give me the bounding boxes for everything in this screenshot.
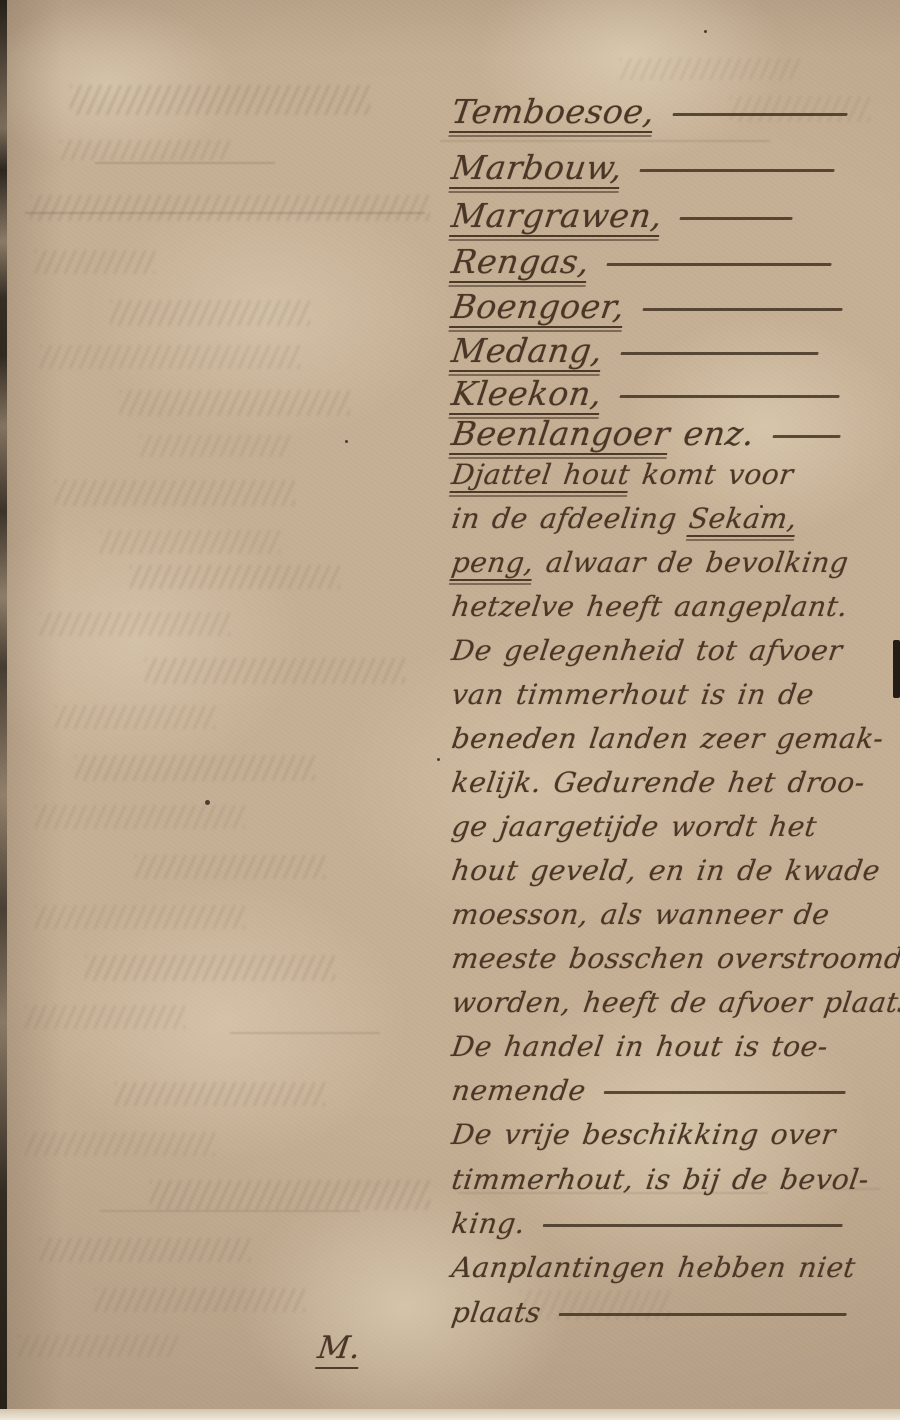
handwritten-text: king. xyxy=(450,1207,528,1240)
manuscript-line: kelijk. Gedurende het droo- xyxy=(452,766,865,799)
handwriting: timmerhout, is bij de bevol- xyxy=(450,1163,872,1196)
scan-edge-left xyxy=(0,0,7,1420)
handwritten-text: De gelegenheid tot afvoer xyxy=(450,634,845,667)
handwriting: Temboesoe, xyxy=(449,92,850,131)
ink-rule-dash xyxy=(607,263,832,266)
manuscript-line: ge jaargetijde wordt het xyxy=(452,810,817,843)
ink-rule-dash xyxy=(558,1313,846,1316)
handwritten-text: alwaar de bevolking xyxy=(532,546,851,579)
bleedthrough-smudge xyxy=(130,565,340,589)
handwriting: nemende xyxy=(450,1074,848,1107)
manuscript-line: Medang, xyxy=(452,331,819,370)
bleedthrough-smudge xyxy=(100,530,280,554)
underlined-word: Medang, xyxy=(448,331,605,376)
handwritten-text: in de afdeeling xyxy=(450,502,692,535)
ink-rule-dash xyxy=(642,308,842,311)
ink-rule-dash xyxy=(603,1091,845,1094)
ink-speck xyxy=(205,800,210,805)
manuscript-line: Margrawen, xyxy=(452,196,793,235)
bleedthrough-smudge xyxy=(110,300,310,326)
handwriting: ge jaargetijde wordt het xyxy=(450,810,819,843)
ink-rule-dash xyxy=(620,352,818,355)
bleedthrough-smudge xyxy=(85,955,335,981)
ink-rule-dash xyxy=(680,217,793,220)
handwriting: De handel in hout is toe- xyxy=(450,1030,830,1063)
underlined-word: Margrawen, xyxy=(448,196,665,241)
bleedthrough-smudge xyxy=(40,1238,250,1262)
handwriting: moesson, als wanneer de xyxy=(450,898,832,931)
handwriting: king. xyxy=(450,1207,846,1240)
handwriting: Marbouw, xyxy=(449,148,838,187)
manuscript-line: hetzelve heeft aangeplant. xyxy=(452,590,848,623)
manuscript-line: Marbouw, xyxy=(452,148,835,187)
underlined-word: Djattel hout xyxy=(449,458,632,497)
ink-rule-dash xyxy=(640,169,835,172)
manuscript-line: nemende xyxy=(452,1074,846,1107)
manuscript-line: king. xyxy=(452,1207,843,1240)
bleedthrough-smudge xyxy=(150,1180,430,1210)
handwritten-text: De vrije beschikking over xyxy=(450,1118,838,1151)
ink-rule-dash xyxy=(772,435,840,438)
handwriting: Aanplantingen hebben niet xyxy=(450,1251,858,1284)
manuscript-line: worden, heeft de afvoer plaats xyxy=(452,986,900,1019)
bleedthrough-smudge xyxy=(70,85,370,115)
manuscript-line: van timmerhout is in de xyxy=(452,678,814,711)
underlined-word: Marbouw, xyxy=(448,148,625,193)
ink-rule-dash xyxy=(619,395,839,398)
handwritten-text: hout geveld, en in de kwade xyxy=(450,854,883,887)
handwriting: Medang, xyxy=(449,331,821,370)
handwriting: Beenlangoer enz. xyxy=(449,414,843,453)
bleedthrough-line xyxy=(25,212,425,214)
scanned-manuscript-page: Temboesoe,Marbouw,Margrawen,Rengas,Boeng… xyxy=(0,0,900,1420)
manuscript-line: Rengas, xyxy=(452,242,832,281)
handwritten-text: van timmerhout is in de xyxy=(450,678,817,711)
manuscript-line: Beenlangoer enz. xyxy=(452,414,841,453)
handwritten-text: ge jaargetijde wordt het xyxy=(450,810,819,843)
handwriting: peng, alwaar de bevolking xyxy=(450,546,851,579)
manuscript-line: De vrije beschikking over xyxy=(452,1118,836,1151)
manuscript-line: De handel in hout is toe- xyxy=(452,1030,828,1063)
manuscript-text-column: Temboesoe,Marbouw,Margrawen,Rengas,Boeng… xyxy=(452,0,898,1420)
ink-speck xyxy=(437,758,440,761)
handwriting: De vrije beschikking over xyxy=(450,1118,838,1151)
manuscript-line: Kleekon, xyxy=(452,374,840,413)
handwriting: beneden landen zeer gemak- xyxy=(450,722,886,755)
handwritten-text: enz. xyxy=(667,414,757,453)
bleedthrough-line xyxy=(230,1032,380,1034)
bleedthrough-smudge xyxy=(95,1288,305,1312)
handwriting: Djattel hout komt voor xyxy=(450,458,796,491)
bleedthrough-smudge xyxy=(140,435,290,457)
underlined-word: Boengoer, xyxy=(448,287,627,332)
handwriting: van timmerhout is in de xyxy=(450,678,817,711)
manuscript-line: beneden landen zeer gemak- xyxy=(452,722,884,755)
underlined-word: Beenlangoer xyxy=(448,414,672,459)
handwritten-text: komt voor xyxy=(628,458,796,491)
manuscript-line: timmerhout, is bij de bevol- xyxy=(452,1163,869,1196)
bleedthrough-smudge xyxy=(35,905,245,929)
handwritten-text: meeste bosschen overstroomd, xyxy=(450,942,900,975)
manuscript-line: moesson, als wanneer de xyxy=(452,898,829,931)
bleedthrough-smudge xyxy=(75,755,315,781)
handwriting: meeste bosschen overstroomd, xyxy=(450,942,900,975)
bleedthrough-line xyxy=(100,1210,360,1212)
manuscript-line: peng, alwaar de bevolking xyxy=(452,546,848,579)
handwriting: Boengoer, xyxy=(449,287,845,326)
handwritten-text: kelijk. Gedurende het droo- xyxy=(450,766,868,799)
manuscript-line: Aanplantingen hebben niet xyxy=(452,1251,856,1284)
ink-rule-dash xyxy=(543,1224,843,1227)
bleedthrough-smudge xyxy=(25,1005,185,1029)
handwriting: hetzelve heeft aangeplant. xyxy=(450,590,850,623)
underlined-word: peng, xyxy=(449,546,536,585)
handwriting: kelijk. Gedurende het droo- xyxy=(450,766,868,799)
handwritten-text: worden, heeft de afvoer plaats xyxy=(450,986,900,1019)
bleedthrough-smudge xyxy=(145,658,405,684)
handwriting: Rengas, xyxy=(449,242,835,281)
underlined-word: Rengas, xyxy=(448,242,592,287)
bleedthrough-smudge xyxy=(18,1335,178,1357)
handwriting: Margrawen, xyxy=(449,196,796,235)
handwriting: Kleekon, xyxy=(449,374,842,413)
handwriting: plaats xyxy=(450,1296,850,1329)
bleedthrough-smudge xyxy=(60,140,230,160)
catchword: M. xyxy=(318,1330,361,1366)
manuscript-line: Temboesoe, xyxy=(452,92,848,131)
underlined-word: Sekam, xyxy=(686,502,799,541)
underlined-word: Kleekon, xyxy=(448,374,604,419)
handwriting: worden, heeft de afvoer plaats xyxy=(450,986,900,1019)
handwritten-text: moesson, als wanneer de xyxy=(450,898,832,931)
handwritten-text: beneden landen zeer gemak- xyxy=(450,722,886,755)
bleedthrough-smudge xyxy=(55,480,295,506)
bleedthrough-smudge xyxy=(30,195,430,221)
handwritten-text: timmerhout, is bij de bevol- xyxy=(450,1163,872,1196)
manuscript-line: meeste bosschen overstroomd, xyxy=(452,942,900,975)
bleedthrough-smudge xyxy=(35,250,155,274)
handwritten-text: Aanplantingen hebben niet xyxy=(450,1251,858,1284)
handwriting: hout geveld, en in de kwade xyxy=(450,854,883,887)
bleedthrough-smudge xyxy=(35,805,245,829)
manuscript-line: in de afdeeling Sekam, xyxy=(452,502,797,535)
bleedthrough-smudge xyxy=(55,705,215,729)
bleedthrough-smudge xyxy=(25,1132,215,1156)
manuscript-line: De gelegenheid tot afvoer xyxy=(452,634,842,667)
handwritten-text: hetzelve heeft aangeplant. xyxy=(450,590,850,623)
bleedthrough-smudge xyxy=(40,345,300,369)
bleedthrough-smudge xyxy=(120,390,350,416)
manuscript-line: plaats xyxy=(452,1296,847,1329)
handwritten-text: nemende xyxy=(450,1074,588,1107)
catchword-letter: M. xyxy=(315,1330,363,1369)
manuscript-line: Boengoer, xyxy=(452,287,843,326)
ink-speck xyxy=(345,440,348,443)
handwritten-text: plaats xyxy=(450,1296,544,1329)
underlined-word: Temboesoe, xyxy=(448,92,657,137)
manuscript-line: Djattel hout komt voor xyxy=(452,458,793,491)
manuscript-line: hout geveld, en in de kwade xyxy=(452,854,880,887)
bleedthrough-smudge xyxy=(135,855,325,879)
handwritten-text: De handel in hout is toe- xyxy=(450,1030,830,1063)
ink-rule-dash xyxy=(672,113,847,116)
handwriting: De gelegenheid tot afvoer xyxy=(450,634,845,667)
bleedthrough-line xyxy=(95,162,275,164)
bleedthrough-smudge xyxy=(115,1082,325,1106)
handwriting: in de afdeeling Sekam, xyxy=(450,502,800,535)
bleedthrough-smudge xyxy=(40,612,230,636)
